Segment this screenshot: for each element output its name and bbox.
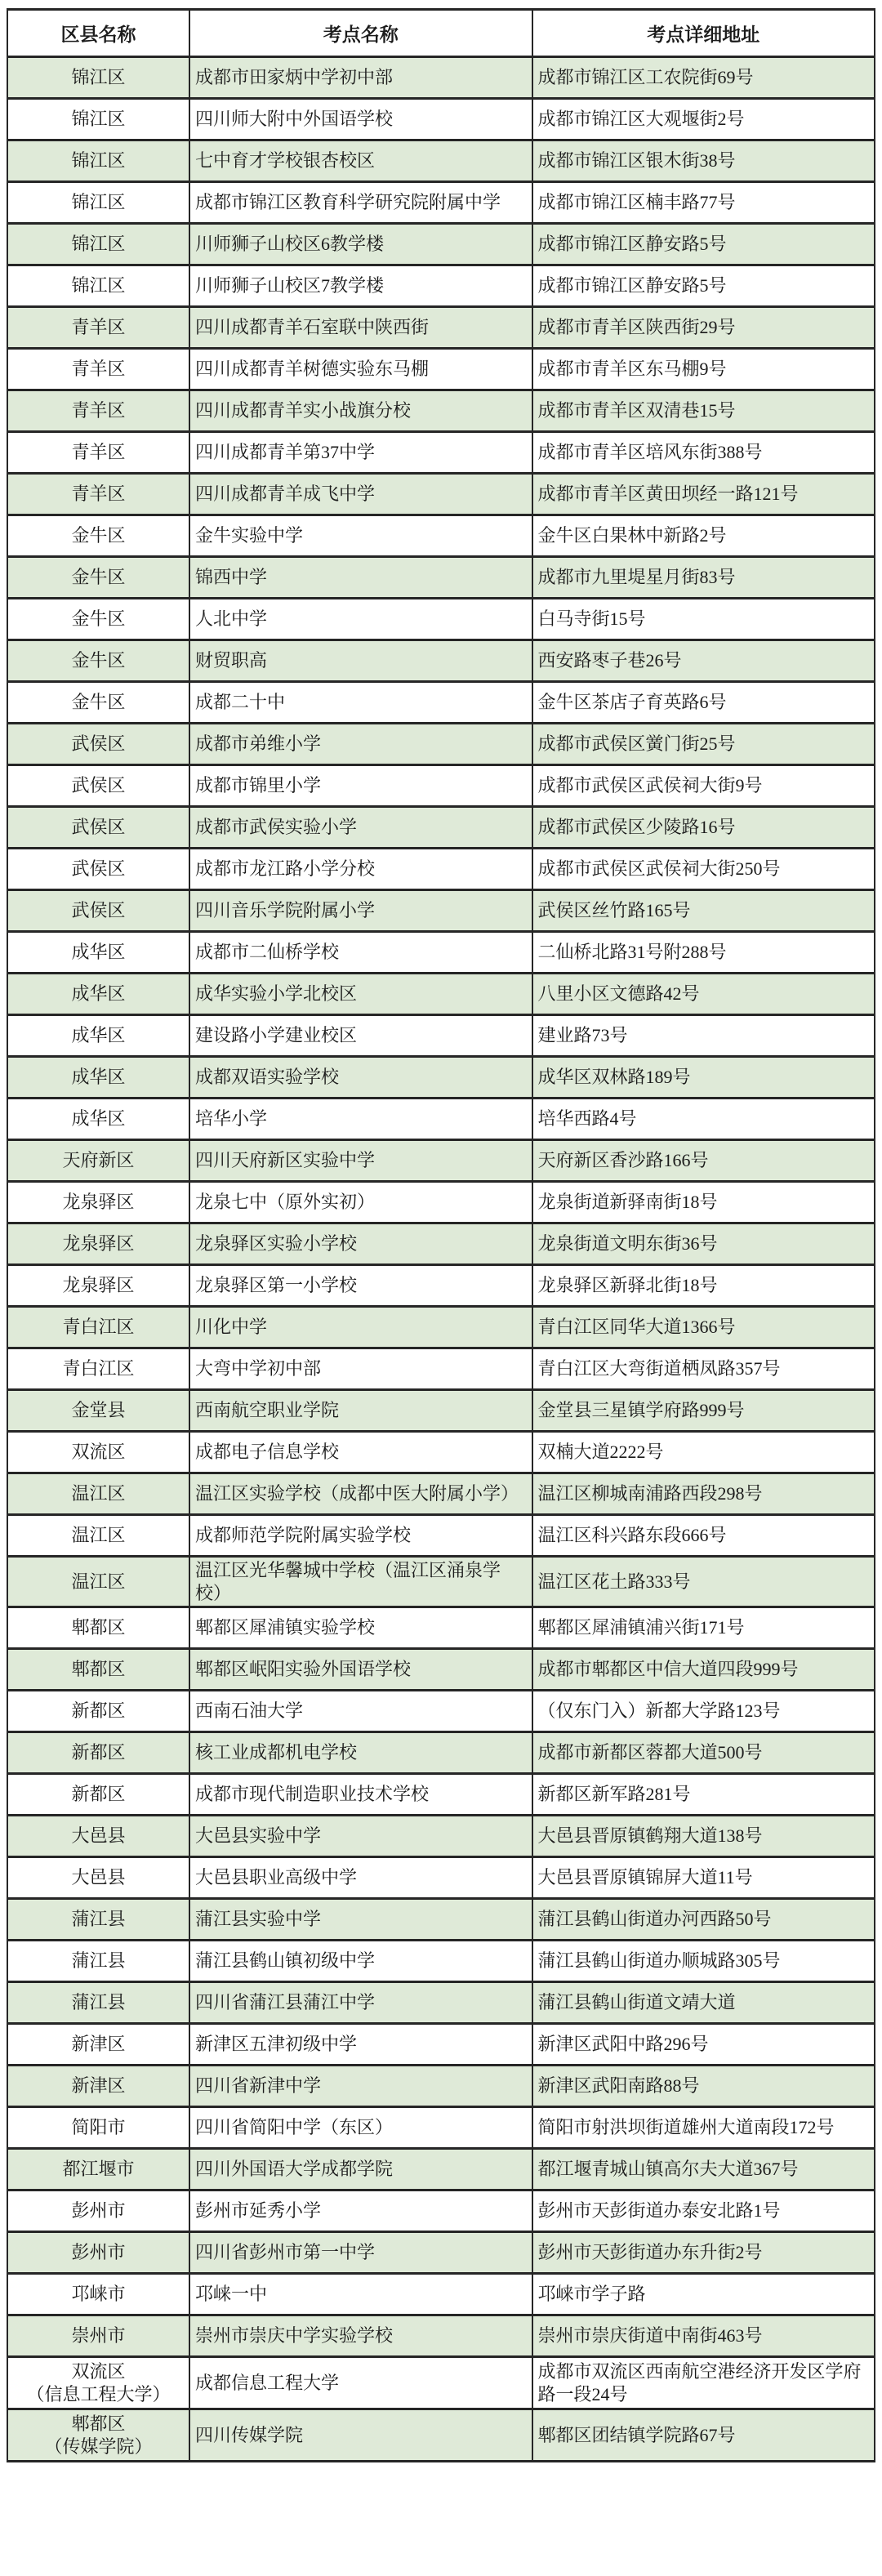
table-row: 青羊区四川成都青羊第37中学成都市青羊区培风东街388号 [7, 432, 875, 474]
cell-site: 成都市锦里小学 [189, 765, 532, 807]
table-row: 武侯区成都市龙江路小学分校成都市武侯区武侯祠大街250号 [7, 849, 875, 890]
table-row: 简阳市四川省简阳中学（东区）简阳市射洪坝街道雄州大道南段172号 [7, 2107, 875, 2149]
exam-site-table: 区县名称 考点名称 考点详细地址 锦江区成都市田家炳中学初中部成都市锦江区工农院… [7, 8, 875, 2462]
table-body: 锦江区成都市田家炳中学初中部成都市锦江区工农院街69号锦江区四川师大附中外国语学… [7, 57, 875, 2462]
cell-site: 蒲江县鹤山镇初级中学 [189, 1941, 532, 1982]
cell-site: 郫都区犀浦镇实验学校 [189, 1607, 532, 1649]
table-row: 邛崃市邛崃一中邛崃市学子路 [7, 2274, 875, 2315]
cell-site: 四川成都青羊成飞中学 [189, 474, 532, 515]
cell-site: 龙泉七中（原外实初） [189, 1182, 532, 1223]
cell-site: 崇州市崇庆中学实验学校 [189, 2315, 532, 2357]
cell-site: 四川外国语大学成都学院 [189, 2149, 532, 2190]
cell-address: 白马寺街15号 [532, 599, 875, 640]
table-row: 武侯区成都市弟维小学成都市武侯区黉门街25号 [7, 724, 875, 765]
cell-district: 锦江区 [7, 140, 189, 182]
cell-site: 核工业成都机电学校 [189, 1732, 532, 1774]
cell-site: 金牛实验中学 [189, 515, 532, 557]
cell-site: 四川成都青羊树德实验东马棚 [189, 349, 532, 390]
cell-site: 四川省新津中学 [189, 2066, 532, 2107]
cell-district: 新津区 [7, 2066, 189, 2107]
table-row: 崇州市崇州市崇庆中学实验学校崇州市崇庆街道中南街463号 [7, 2315, 875, 2357]
cell-address: 龙泉街道新驿南街18号 [532, 1182, 875, 1223]
table-row: 双流区 （信息工程大学）成都信息工程大学成都市双流区西南航空港经济开发区学府路一… [7, 2357, 875, 2409]
cell-address: 彭州市天彭街道办泰安北路1号 [532, 2190, 875, 2232]
cell-district: 郫都区 [7, 1649, 189, 1691]
cell-district: 都江堰市 [7, 2149, 189, 2190]
cell-address: 成都市武侯区黉门街25号 [532, 724, 875, 765]
cell-address: 成都市武侯区少陵路16号 [532, 807, 875, 849]
cell-site: 彭州市延秀小学 [189, 2190, 532, 2232]
cell-address: 培华西路4号 [532, 1099, 875, 1140]
cell-address: 彭州市天彭街道办东升街2号 [532, 2232, 875, 2274]
table-row: 金牛区金牛实验中学金牛区白果林中新路2号 [7, 515, 875, 557]
table-row: 武侯区成都市锦里小学成都市武侯区武侯祠大街9号 [7, 765, 875, 807]
cell-district: 龙泉驿区 [7, 1223, 189, 1265]
cell-site: 邛崃一中 [189, 2274, 532, 2315]
cell-district: 成华区 [7, 974, 189, 1015]
cell-site: 锦西中学 [189, 557, 532, 599]
table-row: 锦江区四川师大附中外国语学校成都市锦江区大观堰街2号 [7, 99, 875, 140]
cell-site: 成都二十中 [189, 682, 532, 724]
table-row: 武侯区四川音乐学院附属小学武侯区丝竹路165号 [7, 890, 875, 932]
cell-site: 四川省蒲江县蒲江中学 [189, 1982, 532, 2024]
cell-address: 双楠大道2222号 [532, 1432, 875, 1473]
table-row: 青羊区四川成都青羊石室联中陕西街成都市青羊区陕西街29号 [7, 307, 875, 349]
cell-address: （仅东门入）新都大学路123号 [532, 1691, 875, 1732]
cell-site: 财贸职高 [189, 640, 532, 682]
cell-site: 新津区五津初级中学 [189, 2024, 532, 2066]
cell-address: 金堂县三星镇学府路999号 [532, 1390, 875, 1432]
cell-address: 温江区科兴路东段666号 [532, 1515, 875, 1557]
table-row: 郫都区郫都区岷阳实验外国语学校成都市郫都区中信大道四段999号 [7, 1649, 875, 1691]
cell-site: 西南石油大学 [189, 1691, 532, 1732]
table-row: 青白江区大弯中学初中部青白江区大弯街道栖凤路357号 [7, 1348, 875, 1390]
cell-address: 八里小区文德路42号 [532, 974, 875, 1015]
table-row: 武侯区成都市武侯实验小学成都市武侯区少陵路16号 [7, 807, 875, 849]
table-row: 金牛区财贸职高西安路枣子巷26号 [7, 640, 875, 682]
cell-site: 大邑县实验中学 [189, 1816, 532, 1857]
cell-address: 成都市双流区西南航空港经济开发区学府路一段24号 [532, 2357, 875, 2409]
cell-address: 成都市锦江区工农院街69号 [532, 57, 875, 99]
cell-site: 温江区实验学校（成都中医大附属小学） [189, 1473, 532, 1515]
cell-site: 四川成都青羊实小战旗分校 [189, 390, 532, 432]
table-row: 成华区成都市二仙桥学校二仙桥北路31号附288号 [7, 932, 875, 974]
cell-district: 新都区 [7, 1774, 189, 1816]
cell-site: 龙泉驿区第一小学校 [189, 1265, 532, 1307]
cell-address: 金牛区茶店子育英路6号 [532, 682, 875, 724]
cell-district: 蒲江县 [7, 1941, 189, 1982]
table-row: 青羊区四川成都青羊树德实验东马棚成都市青羊区东马棚9号 [7, 349, 875, 390]
cell-district: 武侯区 [7, 724, 189, 765]
cell-site: 四川成都青羊石室联中陕西街 [189, 307, 532, 349]
cell-district: 青白江区 [7, 1348, 189, 1390]
cell-site: 四川天府新区实验中学 [189, 1140, 532, 1182]
cell-address: 武侯区丝竹路165号 [532, 890, 875, 932]
cell-site: 成都双语实验学校 [189, 1057, 532, 1099]
table-row: 成华区建设路小学建业校区建业路73号 [7, 1015, 875, 1057]
table-row: 蒲江县四川省蒲江县蒲江中学蒲江县鹤山街道文靖大道 [7, 1982, 875, 2024]
cell-address: 温江区花土路333号 [532, 1557, 875, 1607]
cell-district: 锦江区 [7, 265, 189, 307]
cell-district: 锦江区 [7, 99, 189, 140]
table-row: 温江区温江区实验学校（成都中医大附属小学）温江区柳城南浦路西段298号 [7, 1473, 875, 1515]
table-row: 锦江区成都市锦江区教育科学研究院附属中学成都市锦江区楠丰路77号 [7, 182, 875, 224]
cell-site: 大邑县职业高级中学 [189, 1857, 532, 1899]
cell-site: 四川省彭州市第一中学 [189, 2232, 532, 2274]
cell-site: 四川师大附中外国语学校 [189, 99, 532, 140]
cell-site: 成都市龙江路小学分校 [189, 849, 532, 890]
table-row: 龙泉驿区龙泉驿区第一小学校龙泉驿区新驿北街18号 [7, 1265, 875, 1307]
cell-district: 彭州市 [7, 2232, 189, 2274]
cell-district: 温江区 [7, 1473, 189, 1515]
table-row: 青白江区川化中学青白江区同华大道1366号 [7, 1307, 875, 1348]
cell-address: 邛崃市学子路 [532, 2274, 875, 2315]
cell-district: 锦江区 [7, 224, 189, 265]
table-row: 成华区成华实验小学北校区八里小区文德路42号 [7, 974, 875, 1015]
cell-district: 金牛区 [7, 515, 189, 557]
cell-district: 温江区 [7, 1557, 189, 1607]
cell-district: 成华区 [7, 1099, 189, 1140]
cell-district: 金牛区 [7, 682, 189, 724]
cell-district: 双流区 （信息工程大学） [7, 2357, 189, 2409]
table-row: 彭州市彭州市延秀小学彭州市天彭街道办泰安北路1号 [7, 2190, 875, 2232]
cell-district: 金牛区 [7, 557, 189, 599]
table-row: 大邑县大邑县实验中学大邑县晋原镇鹤翔大道138号 [7, 1816, 875, 1857]
table-row: 温江区温江区光华馨城中学校（温江区涌泉学校）温江区花土路333号 [7, 1557, 875, 1607]
cell-district: 龙泉驿区 [7, 1265, 189, 1307]
cell-address: 成都市青羊区黄田坝经一路121号 [532, 474, 875, 515]
cell-site: 川化中学 [189, 1307, 532, 1348]
cell-district: 郫都区 （传媒学院） [7, 2409, 189, 2462]
cell-address: 大邑县晋原镇锦屏大道11号 [532, 1857, 875, 1899]
cell-district: 蒲江县 [7, 1899, 189, 1941]
cell-site: 四川音乐学院附属小学 [189, 890, 532, 932]
cell-address: 青白江区同华大道1366号 [532, 1307, 875, 1348]
cell-site: 七中育才学校银杏校区 [189, 140, 532, 182]
cell-district: 锦江区 [7, 182, 189, 224]
cell-district: 成华区 [7, 932, 189, 974]
cell-district: 大邑县 [7, 1816, 189, 1857]
cell-site: 四川成都青羊第37中学 [189, 432, 532, 474]
table-row: 龙泉驿区龙泉七中（原外实初）龙泉街道新驿南街18号 [7, 1182, 875, 1223]
cell-district: 武侯区 [7, 849, 189, 890]
cell-district: 青羊区 [7, 307, 189, 349]
cell-district: 武侯区 [7, 765, 189, 807]
cell-address: 温江区柳城南浦路西段298号 [532, 1473, 875, 1515]
header-district: 区县名称 [7, 10, 189, 57]
table-row: 蒲江县蒲江县实验中学蒲江县鹤山街道办河西路50号 [7, 1899, 875, 1941]
cell-address: 成华区双林路189号 [532, 1057, 875, 1099]
cell-district: 成华区 [7, 1057, 189, 1099]
table-row: 成华区成都双语实验学校成华区双林路189号 [7, 1057, 875, 1099]
cell-address: 成都市武侯区武侯祠大街9号 [532, 765, 875, 807]
cell-address: 成都市锦江区楠丰路77号 [532, 182, 875, 224]
cell-address: 龙泉街道文明东街36号 [532, 1223, 875, 1265]
cell-address: 简阳市射洪坝街道雄州大道南段172号 [532, 2107, 875, 2149]
cell-address: 成都市新都区蓉都大道500号 [532, 1732, 875, 1774]
table-row: 锦江区川师狮子山校区6教学楼成都市锦江区静安路5号 [7, 224, 875, 265]
table-row: 新津区四川省新津中学新津区武阳南路88号 [7, 2066, 875, 2107]
table-row: 新都区西南石油大学（仅东门入）新都大学路123号 [7, 1691, 875, 1732]
cell-address: 成都市锦江区静安路5号 [532, 224, 875, 265]
cell-district: 青白江区 [7, 1307, 189, 1348]
cell-site: 蒲江县实验中学 [189, 1899, 532, 1941]
cell-site: 四川传媒学院 [189, 2409, 532, 2462]
table-row: 彭州市四川省彭州市第一中学彭州市天彭街道办东升街2号 [7, 2232, 875, 2274]
cell-address: 新都区新军路281号 [532, 1774, 875, 1816]
cell-site: 人北中学 [189, 599, 532, 640]
header-site: 考点名称 [189, 10, 532, 57]
cell-address: 天府新区香沙路166号 [532, 1140, 875, 1182]
cell-address: 建业路73号 [532, 1015, 875, 1057]
cell-district: 武侯区 [7, 890, 189, 932]
table-row: 金牛区人北中学白马寺街15号 [7, 599, 875, 640]
table-row: 郫都区 （传媒学院）四川传媒学院郫都区团结镇学院路67号 [7, 2409, 875, 2462]
table-row: 双流区成都电子信息学校双楠大道2222号 [7, 1432, 875, 1473]
cell-district: 新津区 [7, 2024, 189, 2066]
cell-district: 成华区 [7, 1015, 189, 1057]
cell-district: 邛崃市 [7, 2274, 189, 2315]
cell-district: 锦江区 [7, 57, 189, 99]
cell-address: 成都市青羊区东马棚9号 [532, 349, 875, 390]
cell-address: 蒲江县鹤山街道办河西路50号 [532, 1899, 875, 1941]
cell-site: 成都市田家炳中学初中部 [189, 57, 532, 99]
cell-district: 青羊区 [7, 474, 189, 515]
table-row: 金牛区锦西中学成都市九里堤星月街83号 [7, 557, 875, 599]
cell-site: 培华小学 [189, 1099, 532, 1140]
header-row: 区县名称 考点名称 考点详细地址 [7, 10, 875, 57]
cell-district: 彭州市 [7, 2190, 189, 2232]
cell-address: 郫都区犀浦镇浦兴街171号 [532, 1607, 875, 1649]
cell-address: 都江堰青城山镇高尔夫大道367号 [532, 2149, 875, 2190]
cell-district: 龙泉驿区 [7, 1182, 189, 1223]
cell-site: 成华实验小学北校区 [189, 974, 532, 1015]
cell-district: 新都区 [7, 1732, 189, 1774]
table-row: 都江堰市四川外国语大学成都学院都江堰青城山镇高尔夫大道367号 [7, 2149, 875, 2190]
table-row: 金堂县西南航空职业学院金堂县三星镇学府路999号 [7, 1390, 875, 1432]
cell-address: 西安路枣子巷26号 [532, 640, 875, 682]
cell-address: 成都市锦江区大观堰街2号 [532, 99, 875, 140]
cell-address: 二仙桥北路31号附288号 [532, 932, 875, 974]
cell-address: 成都市青羊区陕西街29号 [532, 307, 875, 349]
cell-site: 成都市弟维小学 [189, 724, 532, 765]
cell-district: 青羊区 [7, 432, 189, 474]
cell-address: 青白江区大弯街道栖凤路357号 [532, 1348, 875, 1390]
table-row: 成华区培华小学培华西路4号 [7, 1099, 875, 1140]
cell-address: 成都市青羊区双清巷15号 [532, 390, 875, 432]
cell-address: 崇州市崇庆街道中南街463号 [532, 2315, 875, 2357]
cell-district: 青羊区 [7, 390, 189, 432]
cell-address: 蒲江县鹤山街道文靖大道 [532, 1982, 875, 2024]
table-row: 锦江区七中育才学校银杏校区成都市锦江区银木街38号 [7, 140, 875, 182]
cell-district: 金牛区 [7, 640, 189, 682]
cell-site: 郫都区岷阳实验外国语学校 [189, 1649, 532, 1691]
cell-site: 大弯中学初中部 [189, 1348, 532, 1390]
cell-district: 武侯区 [7, 807, 189, 849]
cell-district: 大邑县 [7, 1857, 189, 1899]
cell-district: 崇州市 [7, 2315, 189, 2357]
cell-district: 金堂县 [7, 1390, 189, 1432]
table-row: 金牛区成都二十中金牛区茶店子育英路6号 [7, 682, 875, 724]
cell-site: 建设路小学建业校区 [189, 1015, 532, 1057]
table-row: 青羊区四川成都青羊成飞中学成都市青羊区黄田坝经一路121号 [7, 474, 875, 515]
cell-site: 成都电子信息学校 [189, 1432, 532, 1473]
table-row: 锦江区成都市田家炳中学初中部成都市锦江区工农院街69号 [7, 57, 875, 99]
cell-district: 天府新区 [7, 1140, 189, 1182]
cell-site: 成都信息工程大学 [189, 2357, 532, 2409]
table-row: 温江区成都师范学院附属实验学校温江区科兴路东段666号 [7, 1515, 875, 1557]
table-row: 天府新区四川天府新区实验中学天府新区香沙路166号 [7, 1140, 875, 1182]
cell-address: 金牛区白果林中新路2号 [532, 515, 875, 557]
cell-address: 蒲江县鹤山街道办顺城路305号 [532, 1941, 875, 1982]
cell-district: 双流区 [7, 1432, 189, 1473]
table-row: 大邑县大邑县职业高级中学大邑县晋原镇锦屏大道11号 [7, 1857, 875, 1899]
cell-address: 成都市锦江区静安路5号 [532, 265, 875, 307]
cell-address: 龙泉驿区新驿北街18号 [532, 1265, 875, 1307]
table-row: 青羊区四川成都青羊实小战旗分校成都市青羊区双清巷15号 [7, 390, 875, 432]
cell-district: 郫都区 [7, 1607, 189, 1649]
cell-site: 成都市二仙桥学校 [189, 932, 532, 974]
cell-address: 成都市武侯区武侯祠大街250号 [532, 849, 875, 890]
cell-address: 成都市锦江区银木街38号 [532, 140, 875, 182]
cell-site: 四川省简阳中学（东区） [189, 2107, 532, 2149]
cell-address: 大邑县晋原镇鹤翔大道138号 [532, 1816, 875, 1857]
cell-district: 新都区 [7, 1691, 189, 1732]
cell-site: 温江区光华馨城中学校（温江区涌泉学校） [189, 1557, 532, 1607]
cell-district: 青羊区 [7, 349, 189, 390]
cell-district: 金牛区 [7, 599, 189, 640]
cell-site: 成都市武侯实验小学 [189, 807, 532, 849]
exam-site-table-container: 区县名称 考点名称 考点详细地址 锦江区成都市田家炳中学初中部成都市锦江区工农院… [0, 0, 882, 2472]
table-row: 新都区成都市现代制造职业技术学校新都区新军路281号 [7, 1774, 875, 1816]
cell-site: 成都市现代制造职业技术学校 [189, 1774, 532, 1816]
cell-site: 西南航空职业学院 [189, 1390, 532, 1432]
cell-district: 蒲江县 [7, 1982, 189, 2024]
cell-address: 郫都区团结镇学院路67号 [532, 2409, 875, 2462]
cell-address: 新津区武阳中路296号 [532, 2024, 875, 2066]
table-row: 龙泉驿区龙泉驿区实验小学校龙泉街道文明东街36号 [7, 1223, 875, 1265]
cell-site: 川师狮子山校区6教学楼 [189, 224, 532, 265]
table-row: 新都区核工业成都机电学校成都市新都区蓉都大道500号 [7, 1732, 875, 1774]
cell-district: 简阳市 [7, 2107, 189, 2149]
table-row: 新津区新津区五津初级中学新津区武阳中路296号 [7, 2024, 875, 2066]
cell-site: 成都师范学院附属实验学校 [189, 1515, 532, 1557]
cell-address: 成都市九里堤星月街83号 [532, 557, 875, 599]
table-row: 郫都区郫都区犀浦镇实验学校郫都区犀浦镇浦兴街171号 [7, 1607, 875, 1649]
cell-site: 龙泉驿区实验小学校 [189, 1223, 532, 1265]
cell-address: 新津区武阳南路88号 [532, 2066, 875, 2107]
table-row: 蒲江县蒲江县鹤山镇初级中学蒲江县鹤山街道办顺城路305号 [7, 1941, 875, 1982]
cell-site: 成都市锦江区教育科学研究院附属中学 [189, 182, 532, 224]
header-address: 考点详细地址 [532, 10, 875, 57]
cell-address: 成都市青羊区培风东街388号 [532, 432, 875, 474]
cell-district: 温江区 [7, 1515, 189, 1557]
cell-address: 成都市郫都区中信大道四段999号 [532, 1649, 875, 1691]
table-row: 锦江区川师狮子山校区7教学楼成都市锦江区静安路5号 [7, 265, 875, 307]
cell-site: 川师狮子山校区7教学楼 [189, 265, 532, 307]
